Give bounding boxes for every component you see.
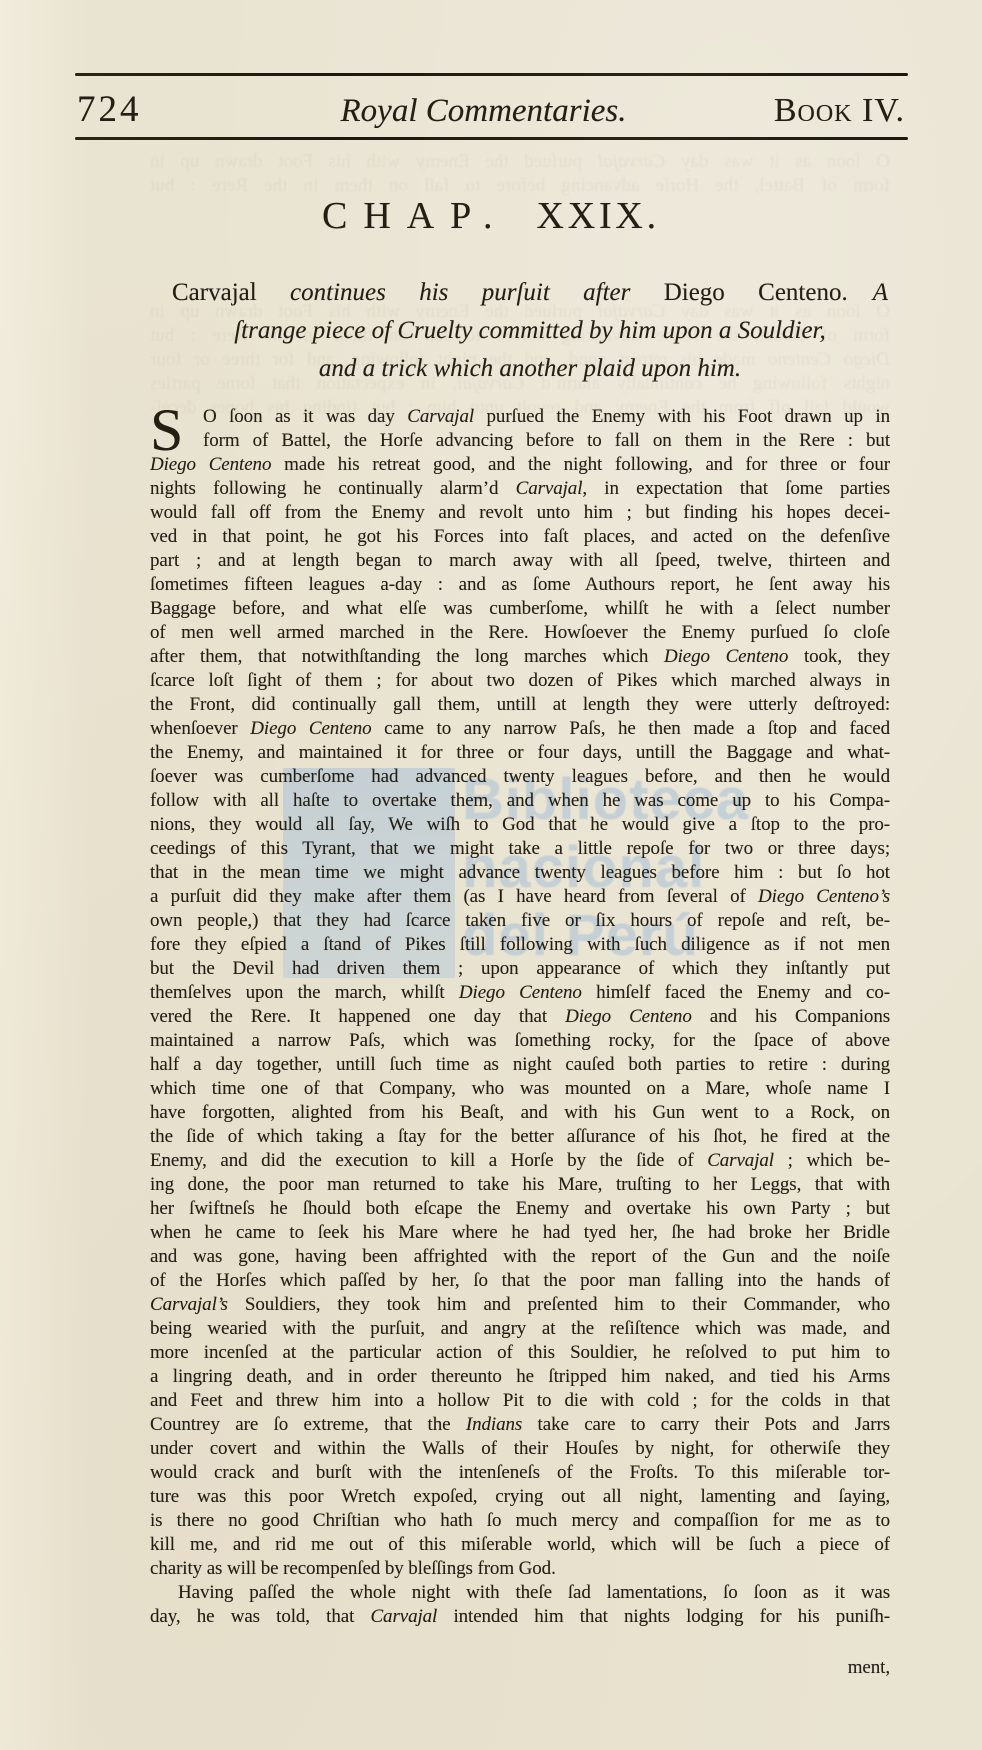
text-line: Diego Centeno made his retreat good, and… [150,453,890,477]
text-line: ture was this poor Wretch expoſed, cryin… [150,1485,890,1509]
text-line: under covert and within the Walls of the… [150,1437,890,1461]
text-line: Carvajal continues his purſuit after Die… [172,274,888,312]
text-line: ſtrange piece of Cruelty committed by hi… [172,312,888,350]
text-line: more incenſed at the particular action o… [150,1341,890,1365]
book-page: O ſoon as it was day Carvajal purſued th… [0,0,982,1750]
header-row: 724 Royal Commentaries. Book IV. [0,76,982,137]
text-line: her ſwiftneſs he ſhould both eſcape the … [150,1197,890,1221]
text-line: being wearied with the purſuit, and angr… [150,1317,890,1341]
text-line: which time one of that Company, who was … [150,1077,890,1101]
book-label: Book IV. [690,78,905,130]
chapter-label: CHAP. [322,195,508,237]
text-line: and a trick which another plaid upon him… [172,350,888,388]
text-line: maintained a narrow Paſs, which was ſome… [150,1029,890,1053]
text-line: a purſuit did they make after them (as I… [150,885,890,909]
text-line: themſelves upon the march, whilſt Diego … [150,981,890,1005]
chapter-argument: Carvajal continues his purſuit after Die… [172,274,888,388]
text-line: O ſoon as it was day Carvajal purſued th… [203,405,890,429]
text-line: ſoever was cumberſome had advanced twent… [150,765,890,789]
page-header: 724 Royal Commentaries. Book IV. [0,73,982,140]
text-line: but the Devil had driven them ; upon app… [150,957,890,981]
text-line: nights following he continually alarm’d … [150,477,890,501]
text-line: whenſoever Diego Centeno came to any nar… [150,717,890,741]
text-line: ing done, the poor man returned to take … [150,1173,890,1197]
text-line: ved in that point, he got his Forces int… [150,525,890,549]
text-line: ceedings of this Tyrant, that we might t… [150,837,890,861]
text-line: half a day together, untill ſuch time as… [150,1053,890,1077]
text-line: kill me, and rid me out of this miſerabl… [150,1533,890,1557]
text-line: form of Battel, the Horſe advancing befo… [203,429,890,453]
text-line: ſcarce loſt ſight of them ; for about tw… [150,669,890,693]
chapter-heading: CHAP.XXIX. [0,194,982,238]
catchword: ment, [848,1657,890,1678]
text-line: have forgotten, alighted from his Beaſt,… [150,1101,890,1125]
text-line: after them, that notwithſtanding the lon… [150,645,890,669]
text-line: vered the Rere. It happened one day that… [150,1005,890,1029]
text-line: the ſide of which taking a ſtay for the … [150,1125,890,1149]
text-line: Having paſſed the whole night with theſe… [150,1581,890,1605]
text-line: a lingring death, and in order thereunto… [150,1365,890,1389]
page-number: 724 [77,76,277,131]
text-line: that in the mean time we might advance t… [150,861,890,885]
text-line: of men well armed marched in the Rere. H… [150,621,890,645]
text-line: ſometimes fifteen leagues a-day : and as… [150,573,890,597]
chapter-number: XXIX. [536,195,659,237]
text-line: part ; and at length began to march away… [150,549,890,573]
text-line: own people,) that they had ſcarce taken … [150,909,890,933]
text-line: Carvajal’s Souldiers, they took him and … [150,1293,890,1317]
text-line: when he came to ſeek his Mare where he h… [150,1221,890,1245]
text-line: Enemy, and did the execution to kill a H… [150,1149,890,1173]
text-line: fore they eſpied a ſtand of Pikes ſtill … [150,933,890,957]
text-line: Countrey are ſo extreme, that the Indian… [150,1413,890,1437]
catchword-line: ment, [150,1656,890,1680]
paragraph-2: Having paſſed the whole night with theſe… [150,1581,890,1629]
text-line: the Enemy, and maintained it for three o… [150,741,890,765]
text-line: would fall off from the Enemy and revolt… [150,501,890,525]
paragraph-1: S O ſoon as it was day Carvajal purſued … [150,405,890,1581]
text-line: and Feet and threw him into a hollow Pit… [150,1389,890,1413]
drop-cap: S [150,406,196,452]
text-line: follow with all haſte to overtake them, … [150,789,890,813]
text-line: charity as will be recompenſed by bleſſi… [150,1557,890,1581]
running-title: Royal Commentaries. [277,79,690,130]
body-text: S O ſoon as it was day Carvajal purſued … [150,405,890,1680]
text-line: day, he was told, that Carvajal intended… [150,1605,890,1629]
text-line: the Front, did continually gall them, un… [150,693,890,717]
text-line: and was gone, having been affrighted wit… [150,1245,890,1269]
text-line: of the Horſes which paſſed by her, ſo th… [150,1269,890,1293]
text-line: is there no good Chriſtian who hath ſo m… [150,1509,890,1533]
text-line: Baggage before, and what elſe was cumber… [150,597,890,621]
text-line: would crack and burſt with the intenſene… [150,1461,890,1485]
text-line: nions, they would all ſay, We wiſh to Go… [150,813,890,837]
header-rule-bottom [75,137,908,140]
